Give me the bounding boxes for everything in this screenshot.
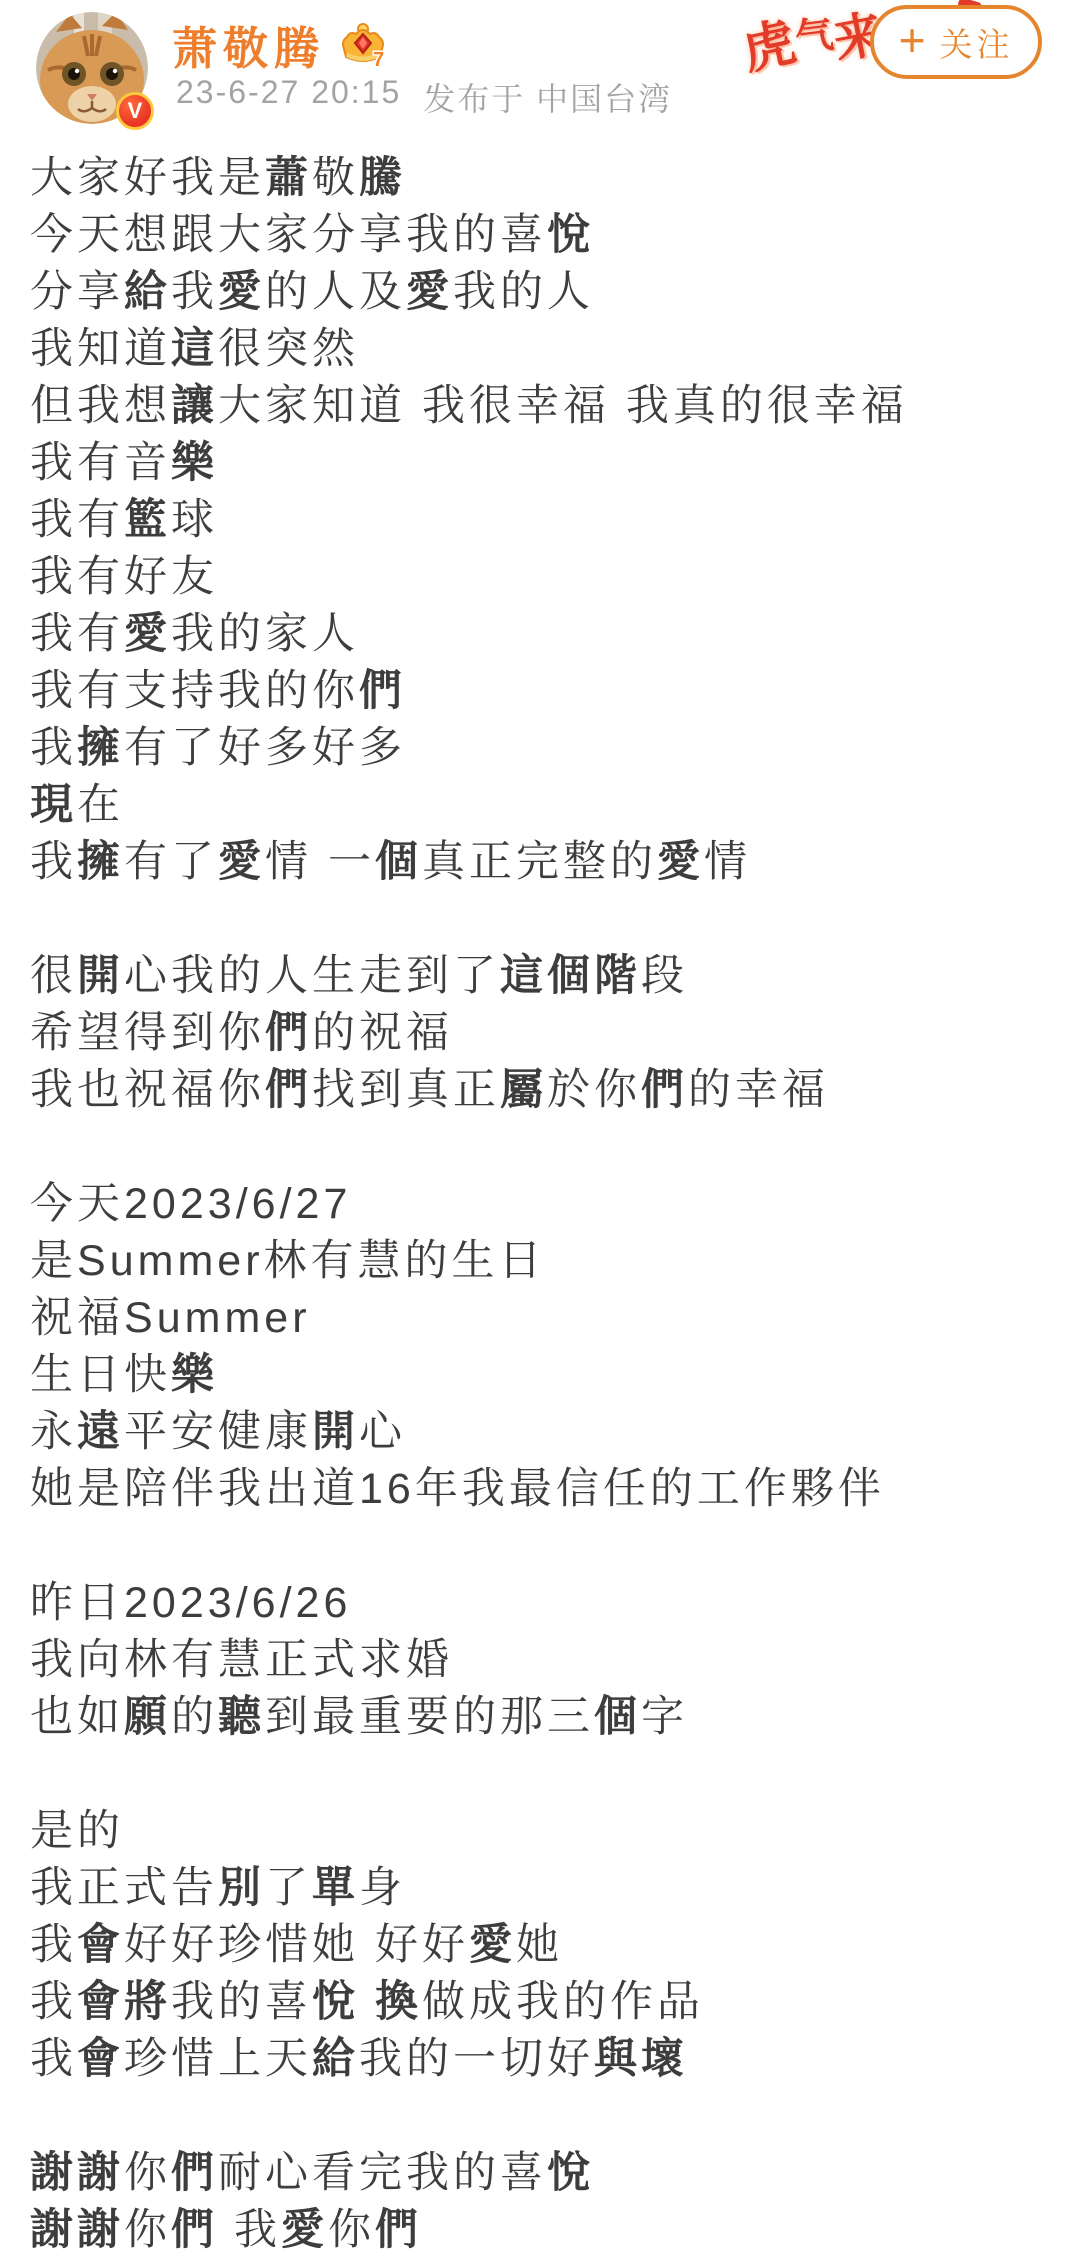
post-line: 祝福Summer bbox=[30, 1290, 1050, 1347]
vip-crown-icon[interactable]: 7 bbox=[339, 22, 387, 70]
post-line: 我有音樂 bbox=[30, 435, 1050, 492]
post-line: 我知道這很突然 bbox=[30, 321, 1050, 378]
post-line: 我有愛我的家人 bbox=[30, 606, 1050, 663]
username[interactable]: 萧敬腾 bbox=[172, 12, 325, 77]
post-line: 謝謝你們 我愛你們 bbox=[30, 2202, 1050, 2259]
follow-button[interactable]: + 关注 bbox=[870, 5, 1042, 79]
vip-level-number: 7 bbox=[373, 49, 384, 70]
post-line: 我有支持我的你們 bbox=[30, 663, 1050, 720]
verified-v-icon: V bbox=[116, 92, 154, 130]
post-line: 是的 bbox=[30, 1803, 1050, 1860]
post-line: 今天想跟大家分享我的喜悅 bbox=[30, 207, 1050, 264]
post-line: 但我想讓大家知道 我很幸福 我真的很幸福 bbox=[30, 378, 1050, 435]
post-line: 我有籃球 bbox=[30, 492, 1050, 549]
post-line: 昨日2023/6/26 bbox=[30, 1575, 1050, 1632]
post-meta: 23-6-27 20:15 发布于 中国台湾 bbox=[176, 74, 672, 120]
post-line: 永遠平安健康開心 bbox=[30, 1404, 1050, 1461]
post-line bbox=[30, 1518, 1050, 1575]
post-line: 現在 bbox=[30, 777, 1050, 834]
post-line: 我會將我的喜悅 換做成我的作品 bbox=[30, 1974, 1050, 2031]
post-line: 我會好好珍惜她 好好愛她 bbox=[30, 1917, 1050, 1974]
post-line: 我也祝福你們找到真正屬於你們的幸福 bbox=[30, 1062, 1050, 1119]
post-line: 我會珍惜上天給我的一切好與壞 bbox=[30, 2031, 1050, 2088]
follow-label: 关注 bbox=[939, 19, 1013, 66]
post-line: 我擁有了好多好多 bbox=[30, 720, 1050, 777]
timestamp: 23-6-27 20:15 bbox=[176, 74, 401, 120]
publish-location: 发布于 中国台湾 bbox=[423, 74, 672, 120]
post-line: 分享給我愛的人及愛我的人 bbox=[30, 264, 1050, 321]
post-line: 大家好我是蕭敬騰 bbox=[30, 150, 1050, 207]
post-line: 我正式告別了單身 bbox=[30, 1860, 1050, 1917]
post-line: 她是陪伴我出道16年我最信任的工作夥伴 bbox=[30, 1461, 1050, 1518]
avatar[interactable]: V bbox=[36, 12, 148, 124]
post-body: 大家好我是蕭敬騰今天想跟大家分享我的喜悅分享給我愛的人及愛我的人我知道這很突然但… bbox=[30, 150, 1050, 2259]
post-line: 我擁有了愛情 一個真正完整的愛情 bbox=[30, 834, 1050, 891]
weibo-post-page: V 萧敬腾 7 23-6-27 20:15 发布于 中国台湾 虎气来了 + 关注… bbox=[0, 0, 1080, 2259]
plus-icon: + bbox=[899, 17, 926, 63]
post-line bbox=[30, 1746, 1050, 1803]
post-line bbox=[30, 1119, 1050, 1176]
post-line bbox=[30, 891, 1050, 948]
post-line: 很開心我的人生走到了這個階段 bbox=[30, 948, 1050, 1005]
post-line: 我有好友 bbox=[30, 549, 1050, 606]
post-line bbox=[30, 2088, 1050, 2145]
post-line: 也如願的聽到最重要的那三個字 bbox=[30, 1689, 1050, 1746]
username-row: 萧敬腾 7 bbox=[172, 12, 387, 77]
post-line: 謝謝你們耐心看完我的喜悅 bbox=[30, 2145, 1050, 2202]
post-line: 今天2023/6/27 bbox=[30, 1176, 1050, 1233]
post-line: 是Summer林有慧的生日 bbox=[30, 1233, 1050, 1290]
post-line: 生日快樂 bbox=[30, 1347, 1050, 1404]
post-line: 我向林有慧正式求婚 bbox=[30, 1632, 1050, 1689]
post-line: 希望得到你們的祝福 bbox=[30, 1005, 1050, 1062]
